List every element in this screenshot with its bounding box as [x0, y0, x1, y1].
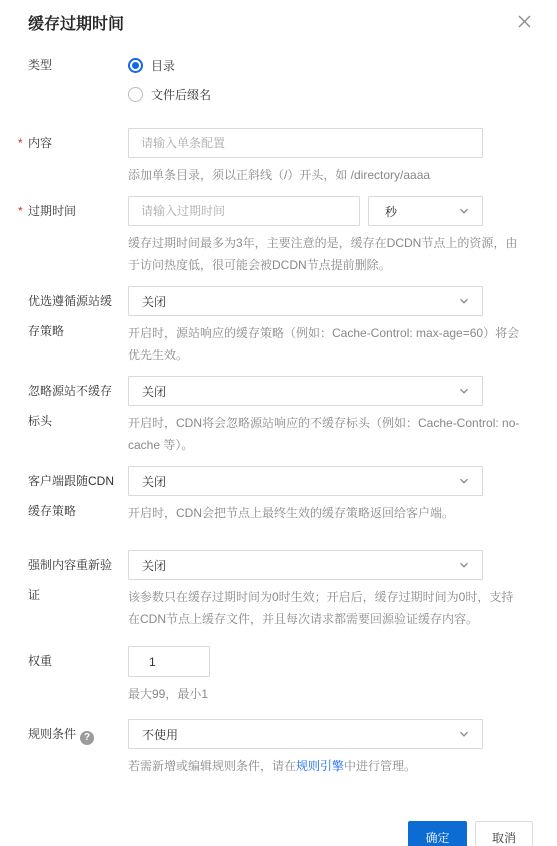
follow-origin-value: 关闭 [142, 293, 166, 310]
ignore-nocache-select[interactable]: 关闭 [128, 376, 483, 406]
follow-origin-help-text: 开启时，源站响应的缓存策略（例如：Cache-Control: max-age=… [128, 322, 524, 366]
force-revalidate-value: 关闭 [142, 557, 166, 574]
close-icon [517, 14, 532, 29]
field-row-ignore-nocache: 忽略源站不缓存标头 关闭 开启时，CDN将会忽略源站响应的不缓存标头（例如：Ca… [0, 376, 533, 456]
weight-input[interactable] [128, 646, 210, 677]
field-row-weight: 权重 最大99，最小1 [0, 646, 533, 705]
rule-condition-value: 不使用 [142, 726, 178, 743]
client-follow-label: 客户端跟随CDN缓存策略 [28, 466, 120, 526]
required-asterisk: * [18, 196, 23, 226]
dialog-footer: 确定 取消 [0, 821, 533, 846]
radio-unselected-icon [128, 87, 143, 102]
rule-condition-select[interactable]: 不使用 [128, 719, 483, 749]
field-row-rule-condition: 规则条件? 不使用 若需新增或编辑规则条件，请在规则引擎中进行管理。 [0, 719, 533, 777]
rule-condition-help-text: 若需新增或编辑规则条件，请在规则引擎中进行管理。 [128, 755, 524, 777]
confirm-button[interactable]: 确定 [408, 821, 467, 846]
required-asterisk: * [18, 128, 23, 158]
rule-condition-label: 规则条件? [28, 719, 120, 749]
client-follow-value: 关闭 [142, 473, 166, 490]
time-unit-select[interactable]: 秒 [368, 196, 483, 226]
content-label: *内容 [28, 128, 120, 158]
field-row-force-revalidate: 强制内容重新验证 关闭 该参数只在缓存过期时间为0时生效；开启后，缓存过期时间为… [0, 550, 533, 630]
cancel-button[interactable]: 取消 [475, 821, 533, 846]
ignore-nocache-value: 关闭 [142, 383, 166, 400]
field-row-content: *内容 添加单条目录，须以正斜线（/）开头，如 /directory/aaaa [0, 128, 533, 186]
client-follow-select[interactable]: 关闭 [128, 466, 483, 496]
chevron-down-icon [458, 295, 470, 307]
chevron-down-icon [458, 728, 470, 740]
field-row-type: 类型 目录 文件后缀名 [0, 56, 533, 103]
field-row-follow-origin: 优选遵循源站缓存策略 关闭 开启时，源站响应的缓存策略（例如：Cache-Con… [0, 286, 533, 366]
expire-time-help-text: 缓存过期时间最多为3年，主要注意的是，缓存在DCDN节点上的资源，由于访问热度低… [128, 232, 524, 276]
force-revalidate-label: 强制内容重新验证 [28, 550, 120, 610]
force-revalidate-help-text: 该参数只在缓存过期时间为0时生效；开启后，缓存过期时间为0时，支持在CDN节点上… [128, 586, 524, 630]
rule-engine-link[interactable]: 规则引擎 [296, 759, 344, 773]
cache-expiration-dialog: 缓存过期时间 类型 目录 文件后缀名 *内容 添加单条目录，须以正斜线（/）开头… [0, 0, 557, 846]
client-follow-help-text: 开启时，CDN会把节点上最终生效的缓存策略返回给客户端。 [128, 502, 524, 524]
content-help-text: 添加单条目录，须以正斜线（/）开头，如 /directory/aaaa [128, 164, 524, 186]
chevron-down-icon [458, 559, 470, 571]
content-input[interactable] [128, 128, 483, 158]
weight-help-text: 最大99，最小1 [128, 683, 524, 705]
help-question-icon[interactable]: ? [80, 731, 94, 745]
chevron-down-icon [458, 385, 470, 397]
follow-origin-label: 优选遵循源站缓存策略 [28, 286, 120, 346]
expire-time-input[interactable] [128, 196, 360, 226]
ignore-nocache-label: 忽略源站不缓存标头 [28, 376, 120, 436]
radio-directory-label: 目录 [151, 57, 175, 74]
close-button[interactable] [515, 12, 533, 30]
radio-directory[interactable]: 目录 [128, 56, 524, 74]
radio-selected-icon [128, 58, 143, 73]
field-row-expire-time: *过期时间 秒 缓存过期时间最多为3年，主要注意的是，缓存在DCDN节点上的资源… [0, 196, 533, 276]
chevron-down-icon [458, 475, 470, 487]
radio-file-suffix-label: 文件后缀名 [151, 86, 211, 103]
type-label: 类型 [28, 56, 120, 74]
chevron-down-icon [458, 205, 470, 217]
time-unit-value: 秒 [385, 203, 397, 220]
field-row-client-follow: 客户端跟随CDN缓存策略 关闭 开启时，CDN会把节点上最终生效的缓存策略返回给… [0, 466, 533, 526]
ignore-nocache-help-text: 开启时，CDN将会忽略源站响应的不缓存标头（例如：Cache-Control: … [128, 412, 524, 456]
radio-file-suffix[interactable]: 文件后缀名 [128, 85, 524, 103]
weight-label: 权重 [28, 646, 120, 676]
force-revalidate-select[interactable]: 关闭 [128, 550, 483, 580]
follow-origin-select[interactable]: 关闭 [128, 286, 483, 316]
expire-time-label: *过期时间 [28, 196, 120, 226]
dialog-title: 缓存过期时间 [0, 14, 533, 36]
